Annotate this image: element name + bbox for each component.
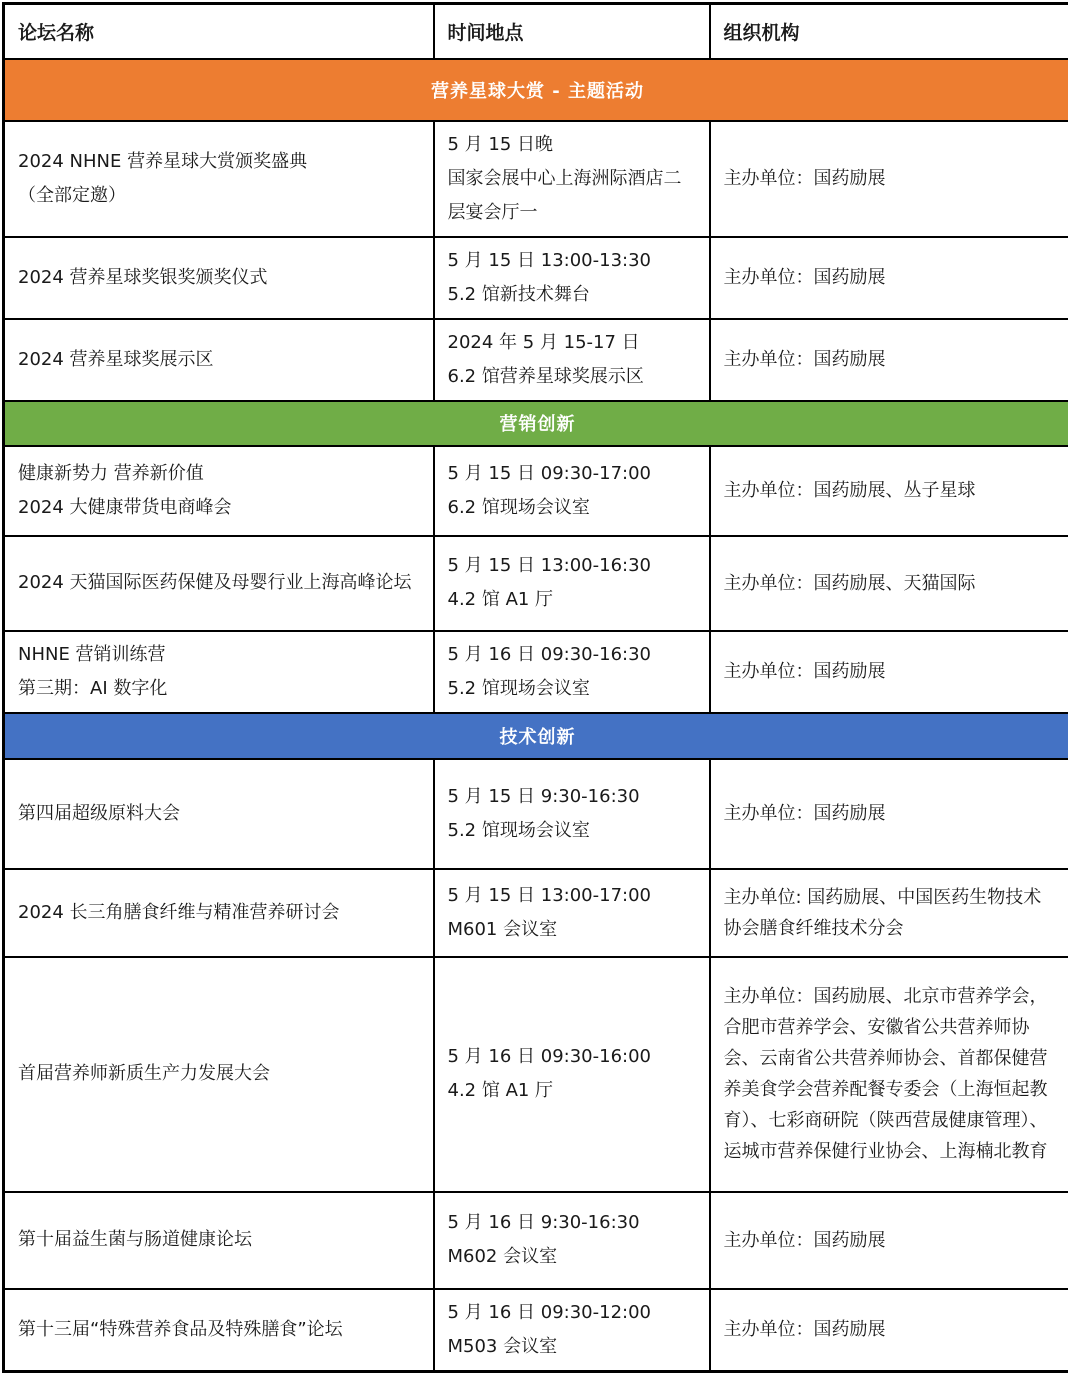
forum-schedule-document: 论坛名称 时间地点 组织机构 营养星球大赏 - 主题活动2024 NHNE 营养… bbox=[0, 0, 1068, 1375]
time-place-line: 5.2 馆现场会议室 bbox=[448, 814, 696, 848]
time-place-cell: 5 月 15 日 09:30-17:006.2 馆现场会议室 bbox=[434, 446, 710, 536]
forum-name-cell: NHNE 营销训练营第三期：AI 数字化 bbox=[4, 631, 434, 713]
time-place-line: M601 会议室 bbox=[448, 913, 696, 947]
organizer-cell: 主办单位：国药励展、天猫国际 bbox=[710, 536, 1068, 631]
time-place-cell: 5 月 15 日 13:00-13:305.2 馆新技术舞台 bbox=[434, 237, 710, 319]
section-row: 营养星球大赏 - 主题活动 bbox=[4, 59, 1068, 121]
time-place-line: 5 月 15 日 9:30-16:30 bbox=[448, 780, 696, 814]
time-place-line: 国家会展中心上海洲际酒店二层宴会厅一 bbox=[448, 162, 696, 230]
forum-row: 2024 NHNE 营养星球大赏颁奖盛典（全部定邀）5 月 15 日晚国家会展中… bbox=[4, 121, 1068, 237]
time-place-cell: 5 月 15 日 9:30-16:305.2 馆现场会议室 bbox=[434, 759, 710, 869]
time-place-line: 4.2 馆 A1 厅 bbox=[448, 583, 696, 617]
organizer-text: 主办单位：国药励展、丛子星球 bbox=[724, 475, 1058, 506]
organizer-cell: 主办单位：国药励展、北京市营养学会，合肥市营养学会、安徽省公共营养师协会、云南省… bbox=[710, 957, 1068, 1192]
forum-row: 2024 营养星球奖展示区2024 年 5 月 15-17 日6.2 馆营养星球… bbox=[4, 319, 1068, 401]
forum-name-cell: 2024 营养星球奖展示区 bbox=[4, 319, 434, 401]
organizer-text: 主办单位：国药励展、天猫国际 bbox=[724, 568, 1058, 599]
time-place-line: 6.2 馆现场会议室 bbox=[448, 491, 696, 525]
forum-row: 第十届益生菌与肠道健康论坛5 月 16 日 9:30-16:30M602 会议室… bbox=[4, 1192, 1068, 1289]
organizer-text: 主办单位：国药励展 bbox=[724, 798, 1058, 829]
forum-row: 健康新势力 营养新价值2024 大健康带货电商峰会5 月 15 日 09:30-… bbox=[4, 446, 1068, 536]
organizer-cell: 主办单位：国药励展、丛子星球 bbox=[710, 446, 1068, 536]
organizer-cell: 主办单位: 国药励展、中国医药生物技术协会膳食纤维技术分会 bbox=[710, 869, 1068, 957]
forum-name-cell: 首届营养师新质生产力发展大会 bbox=[4, 957, 434, 1192]
forum-name-line: 第四届超级原料大会 bbox=[18, 797, 420, 831]
forum-name-cell: 2024 天猫国际医药保健及母婴行业上海高峰论坛 bbox=[4, 536, 434, 631]
time-place-line: M602 会议室 bbox=[448, 1240, 696, 1274]
time-place-line: 5 月 16 日 09:30-16:30 bbox=[448, 638, 696, 672]
organizer-cell: 主办单位：国药励展 bbox=[710, 121, 1068, 237]
forum-name-line: 2024 NHNE 营养星球大赏颁奖盛典 bbox=[18, 145, 420, 179]
forum-name-cell: 2024 营养星球奖银奖颁奖仪式 bbox=[4, 237, 434, 319]
time-place-cell: 2024 年 5 月 15-17 日6.2 馆营养星球奖展示区 bbox=[434, 319, 710, 401]
forum-name-cell: 第十届益生菌与肠道健康论坛 bbox=[4, 1192, 434, 1289]
time-place-line: 5 月 15 日 13:00-17:00 bbox=[448, 879, 696, 913]
time-place-cell: 5 月 15 日 13:00-17:00M601 会议室 bbox=[434, 869, 710, 957]
organizer-cell: 主办单位：国药励展 bbox=[710, 1289, 1068, 1372]
time-place-line: 5 月 16 日 09:30-12:00 bbox=[448, 1296, 696, 1330]
organizer-text: 主办单位：国药励展 bbox=[724, 262, 1058, 293]
time-place-line: 5 月 16 日 09:30-16:00 bbox=[448, 1040, 696, 1074]
forum-name-line: 第十届益生菌与肠道健康论坛 bbox=[18, 1223, 420, 1257]
forum-table-body: 营养星球大赏 - 主题活动2024 NHNE 营养星球大赏颁奖盛典（全部定邀）5… bbox=[4, 59, 1068, 1372]
time-place-cell: 5 月 16 日 09:30-12:00M503 会议室 bbox=[434, 1289, 710, 1372]
time-place-cell: 5 月 15 日晚国家会展中心上海洲际酒店二层宴会厅一 bbox=[434, 121, 710, 237]
column-header-forum-name: 论坛名称 bbox=[4, 4, 434, 59]
forum-name-line: 2024 营养星球奖展示区 bbox=[18, 343, 420, 377]
forum-name-line: NHNE 营销训练营 bbox=[18, 638, 420, 672]
forum-name-cell: 第十三届“特殊营养食品及特殊膳食”论坛 bbox=[4, 1289, 434, 1372]
forum-row: 2024 天猫国际医药保健及母婴行业上海高峰论坛5 月 15 日 13:00-1… bbox=[4, 536, 1068, 631]
organizer-text: 主办单位: 国药励展、中国医药生物技术协会膳食纤维技术分会 bbox=[724, 882, 1058, 944]
time-place-cell: 5 月 16 日 09:30-16:305.2 馆现场会议室 bbox=[434, 631, 710, 713]
organizer-text: 主办单位：国药励展 bbox=[724, 163, 1058, 194]
time-place-cell: 5 月 15 日 13:00-16:304.2 馆 A1 厅 bbox=[434, 536, 710, 631]
time-place-cell: 5 月 16 日 09:30-16:004.2 馆 A1 厅 bbox=[434, 957, 710, 1192]
time-place-line: 4.2 馆 A1 厅 bbox=[448, 1074, 696, 1108]
forum-name-line: 2024 营养星球奖银奖颁奖仪式 bbox=[18, 261, 420, 295]
time-place-line: 5 月 15 日 13:00-16:30 bbox=[448, 549, 696, 583]
organizer-text: 主办单位：国药励展 bbox=[724, 1225, 1058, 1256]
section-row: 营销创新 bbox=[4, 401, 1068, 446]
forum-schedule-table: 论坛名称 时间地点 组织机构 营养星球大赏 - 主题活动2024 NHNE 营养… bbox=[2, 2, 1068, 1373]
forum-name-line: 第三期：AI 数字化 bbox=[18, 672, 420, 706]
organizer-cell: 主办单位：国药励展 bbox=[710, 319, 1068, 401]
organizer-cell: 主办单位：国药励展 bbox=[710, 237, 1068, 319]
organizer-text: 主办单位：国药励展 bbox=[724, 656, 1058, 687]
forum-name-line: 2024 天猫国际医药保健及母婴行业上海高峰论坛 bbox=[18, 566, 420, 600]
forum-row: 2024 营养星球奖银奖颁奖仪式5 月 15 日 13:00-13:305.2 … bbox=[4, 237, 1068, 319]
forum-name-cell: 2024 长三角膳食纤维与精准营养研讨会 bbox=[4, 869, 434, 957]
column-header-organizer: 组织机构 bbox=[710, 4, 1068, 59]
forum-row: 第四届超级原料大会5 月 15 日 9:30-16:305.2 馆现场会议室主办… bbox=[4, 759, 1068, 869]
organizer-cell: 主办单位：国药励展 bbox=[710, 759, 1068, 869]
forum-name-line: 2024 长三角膳食纤维与精准营养研讨会 bbox=[18, 896, 420, 930]
forum-row: 首届营养师新质生产力发展大会5 月 16 日 09:30-16:004.2 馆 … bbox=[4, 957, 1068, 1192]
time-place-line: 5 月 16 日 9:30-16:30 bbox=[448, 1206, 696, 1240]
table-header-row: 论坛名称 时间地点 组织机构 bbox=[4, 4, 1068, 59]
forum-name-line: （全部定邀） bbox=[18, 179, 420, 213]
forum-row: 2024 长三角膳食纤维与精准营养研讨会5 月 15 日 13:00-17:00… bbox=[4, 869, 1068, 957]
time-place-cell: 5 月 16 日 9:30-16:30M602 会议室 bbox=[434, 1192, 710, 1289]
organizer-text: 主办单位：国药励展 bbox=[724, 1314, 1058, 1345]
time-place-line: 6.2 馆营养星球奖展示区 bbox=[448, 360, 696, 394]
section-banner: 技术创新 bbox=[4, 713, 1068, 759]
forum-name-line: 健康新势力 营养新价值 bbox=[18, 457, 420, 491]
section-banner: 营养星球大赏 - 主题活动 bbox=[4, 59, 1068, 121]
forum-row: 第十三届“特殊营养食品及特殊膳食”论坛5 月 16 日 09:30-12:00M… bbox=[4, 1289, 1068, 1372]
time-place-line: 2024 年 5 月 15-17 日 bbox=[448, 326, 696, 360]
time-place-line: M503 会议室 bbox=[448, 1330, 696, 1364]
forum-name-line: 第十三届“特殊营养食品及特殊膳食”论坛 bbox=[18, 1313, 420, 1347]
section-banner: 营销创新 bbox=[4, 401, 1068, 446]
organizer-text: 主办单位：国药励展 bbox=[724, 344, 1058, 375]
section-row: 技术创新 bbox=[4, 713, 1068, 759]
time-place-line: 5 月 15 日 13:00-13:30 bbox=[448, 244, 696, 278]
column-header-time-place: 时间地点 bbox=[434, 4, 710, 59]
organizer-text: 主办单位：国药励展、北京市营养学会，合肥市营养学会、安徽省公共营养师协会、云南省… bbox=[724, 981, 1058, 1167]
time-place-line: 5 月 15 日晚 bbox=[448, 128, 696, 162]
forum-name-line: 2024 大健康带货电商峰会 bbox=[18, 491, 420, 525]
forum-row: NHNE 营销训练营第三期：AI 数字化5 月 16 日 09:30-16:30… bbox=[4, 631, 1068, 713]
time-place-line: 5.2 馆新技术舞台 bbox=[448, 278, 696, 312]
organizer-cell: 主办单位：国药励展 bbox=[710, 631, 1068, 713]
forum-name-cell: 2024 NHNE 营养星球大赏颁奖盛典（全部定邀） bbox=[4, 121, 434, 237]
time-place-line: 5.2 馆现场会议室 bbox=[448, 672, 696, 706]
organizer-cell: 主办单位：国药励展 bbox=[710, 1192, 1068, 1289]
forum-name-cell: 第四届超级原料大会 bbox=[4, 759, 434, 869]
time-place-line: 5 月 15 日 09:30-17:00 bbox=[448, 457, 696, 491]
forum-name-line: 首届营养师新质生产力发展大会 bbox=[18, 1057, 420, 1091]
forum-name-cell: 健康新势力 营养新价值2024 大健康带货电商峰会 bbox=[4, 446, 434, 536]
